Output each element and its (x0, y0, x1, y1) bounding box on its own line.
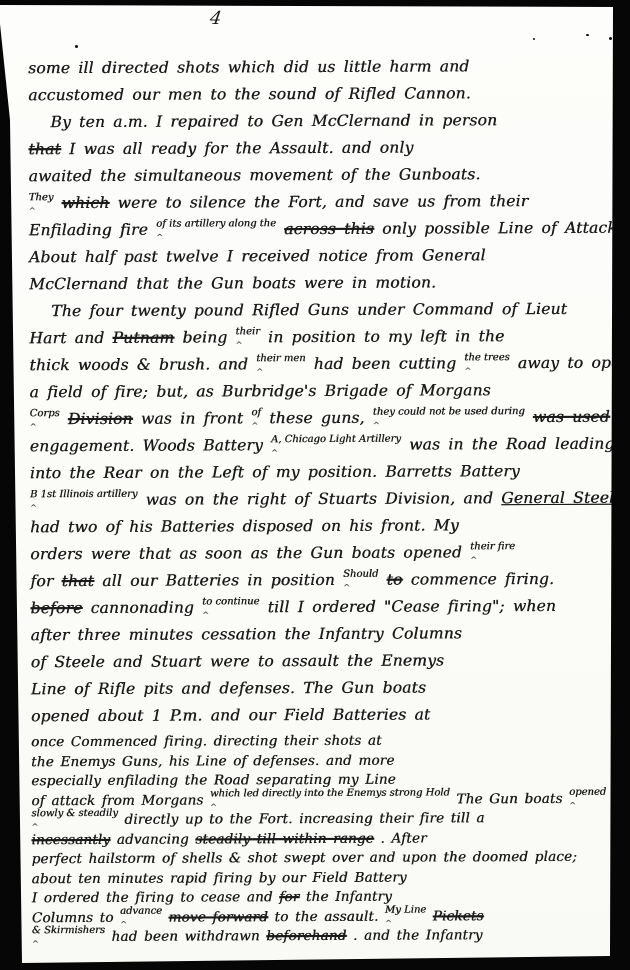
ink-speck (75, 45, 78, 48)
text-segment: had been withdrawn (111, 928, 259, 945)
handwritten-line: Enfilading fire of its artillery along t… (29, 219, 605, 249)
text-segment: I was all ready for the Assault. and onl… (69, 139, 413, 159)
text-segment: Enfilading fire (29, 221, 148, 240)
ink-speck (586, 34, 589, 36)
text-segment: opened about 1 P.m. and our Field Batter… (31, 706, 430, 726)
text-segment: perfect hailstorm of shells & shot swept… (32, 849, 577, 867)
handwritten-line: McClernand that the Gun boats were in mo… (29, 273, 605, 303)
text-segment: after three minutes cessation the Infant… (31, 624, 462, 644)
struck-text: Division (68, 410, 133, 428)
text-segment: the Infantry (306, 889, 392, 905)
handwritten-line: I ordered the firing to cease and for th… (32, 888, 608, 910)
struck-text: which (61, 194, 109, 212)
text-segment: all our Batteries in position (102, 571, 335, 590)
handwritten-line: accustomed our men to the sound of Rifle… (28, 84, 604, 114)
text-segment: . After (380, 830, 426, 846)
text-segment: in position to my left in the (268, 327, 504, 346)
text-segment: being (182, 328, 227, 346)
text-segment: Hart and (29, 329, 104, 347)
text-segment: McClernand that the Gun boats were in mo… (29, 273, 436, 293)
handwritten-line: perfect hailstorm of shells & shot swept… (32, 849, 608, 871)
inserted-text: they could not be used during (373, 412, 525, 413)
ink-speck (609, 37, 612, 40)
struck-text: steadily till within range (195, 830, 374, 847)
text-segment: The four twenty pound Rifled Guns under … (51, 300, 567, 320)
text-segment: and (618, 408, 630, 426)
text-segment: engagement. Woods Battery (30, 436, 263, 455)
handwritten-line: Hart and Putnam being their in position … (29, 327, 605, 357)
handwritten-line: that I was all ready for the Assault. an… (28, 138, 604, 168)
ink-speck (533, 38, 535, 40)
handwritten-line: about ten minutes rapid firing by our Fi… (32, 868, 608, 890)
text-segment: commence firing. (411, 570, 555, 589)
handwritten-line: thick woods & brush. and their men had b… (29, 354, 605, 384)
handwritten-line: B 1st Illinois artillery was on the righ… (30, 489, 606, 519)
text-segment: awaited the simultaneous movement of the… (29, 165, 481, 185)
ink-speck (8, 488, 10, 491)
text-segment: for (30, 572, 53, 590)
handwritten-line: once Commenced firing. directing their s… (31, 732, 607, 754)
text-segment: of attack from Morgans (31, 792, 203, 809)
struck-text: Putnam (112, 329, 174, 347)
handwritten-line: They which were to silence the Fort, and… (29, 192, 605, 222)
text-segment: to the assault. (274, 908, 378, 924)
text-segment: The Gun boats (456, 790, 562, 806)
struck-text: move forward (168, 909, 268, 925)
text-segment: Line of Rifle pits and defenses. The Gun… (31, 679, 426, 699)
text-segment: directly up to the Fort. increasing thei… (124, 810, 484, 828)
text-segment: about ten minutes rapid firing by our Fi… (32, 869, 407, 887)
inserted-text: which led directly into the Enemys stron… (210, 793, 450, 794)
text-segment: till I ordered "Cease firing"; when (268, 597, 557, 616)
handwritten-line: Corps Division was in front of these gun… (30, 408, 606, 438)
text-segment: . and the Infantry (353, 927, 483, 944)
struck-text: was used (533, 408, 610, 426)
handwritten-line: some ill directed shots which did us lit… (28, 57, 604, 87)
text-segment: cannonading (91, 599, 195, 617)
underlined-text: General Steele (501, 489, 623, 508)
handwritten-line: after three minutes cessation the Infant… (31, 624, 607, 654)
struck-text: incessantly (31, 831, 110, 847)
text-segment: were to silence the Fort, and save us fr… (117, 192, 528, 212)
handwritten-line: incessantly advancing steadily till with… (31, 829, 607, 851)
text-segment: Columns to (32, 909, 114, 925)
struck-text: before (30, 599, 82, 617)
text-segment: away to open (518, 354, 630, 372)
text-segment: had been cutting (314, 354, 457, 373)
handwritten-line: The four twenty pound Rifled Guns under … (29, 300, 605, 330)
text-segment: advancing (117, 831, 189, 847)
text-segment: once Commenced firing. directing their s… (31, 733, 382, 751)
handwritten-line: awaited the simultaneous movement of the… (29, 165, 605, 195)
struck-text: that (28, 140, 61, 158)
handwritten-line: By ten a.m. I repaired to Gen McClernand… (28, 111, 604, 141)
text-segment: was in front (141, 409, 243, 427)
text-segment: the Enemys Guns, his Line of defenses. a… (31, 752, 394, 770)
handwritten-line: & Skirmishers had been withdrawn beforeh… (32, 927, 608, 949)
manuscript-text: some ill directed shots which did us lit… (28, 57, 608, 949)
handwritten-line: slowly & steadily directly up to the For… (31, 810, 607, 832)
handwritten-line: for that all our Batteries in position S… (30, 570, 606, 600)
handwritten-line: the Enemys Guns, his Line of defenses. a… (31, 751, 607, 773)
handwritten-line: Columns to advance move forward to the a… (32, 907, 608, 929)
text-segment: orders were that as soon as the Gun boat… (30, 543, 462, 563)
text-segment: was on the right of Stuarts Division, an… (146, 489, 494, 509)
handwritten-line: of Steele and Stuart were to assault the… (31, 651, 607, 681)
text-segment: was in the Road leading directly (409, 434, 630, 453)
handwritten-line: Line of Rifle pits and defenses. The Gun… (31, 678, 607, 708)
text-segment: accustomed our men to the sound of Rifle… (28, 84, 471, 104)
handwritten-line: had two of his Batteries disposed on his… (30, 516, 606, 546)
handwritten-line: opened about 1 P.m. and our Field Batter… (31, 705, 607, 735)
text-segment: About half past twelve I received notice… (29, 246, 486, 266)
text-segment: a field of fire; but, as Burbridge's Bri… (29, 381, 490, 401)
text-segment: By ten a.m. I repaired to Gen McClernand… (50, 111, 497, 131)
handwritten-line: engagement. Woods Battery A, Chicago Lig… (30, 435, 606, 465)
inserted-text: of its artillery along the (156, 224, 276, 225)
page-number: 4 (209, 8, 223, 29)
handwritten-line: before cannonading to continue till I or… (30, 597, 606, 627)
struck-text: beforehand (266, 928, 346, 944)
struck-text: across this (284, 220, 374, 238)
handwritten-line: into the Rear on the Left of my position… (30, 462, 606, 492)
text-segment: some ill directed shots which did us lit… (28, 57, 469, 77)
struck-text: for (279, 889, 299, 905)
handwritten-line: orders were that as soon as the Gun boat… (30, 543, 606, 573)
struck-text: that (62, 572, 95, 590)
text-segment: of Steele and Stuart were to assault the… (31, 651, 445, 671)
struck-text: Pickets (433, 908, 484, 924)
text-segment: these guns, (269, 409, 364, 427)
text-segment: had two of his Batteries disposed on his… (30, 516, 459, 536)
text-segment: I ordered the firing to cease and (32, 889, 273, 906)
inserted-text: A, Chicago Light Artillery (271, 440, 401, 441)
text-segment: thick woods & brush. and (29, 355, 248, 374)
struck-text: to (387, 571, 403, 589)
text-segment: into the Rear on the Left of my position… (30, 462, 520, 482)
manuscript-page: 4 some ill directed shots which did us l… (0, 0, 630, 970)
text-segment: only possible Line of Attack. (382, 219, 622, 238)
handwritten-line: About half past twelve I received notice… (29, 246, 605, 276)
